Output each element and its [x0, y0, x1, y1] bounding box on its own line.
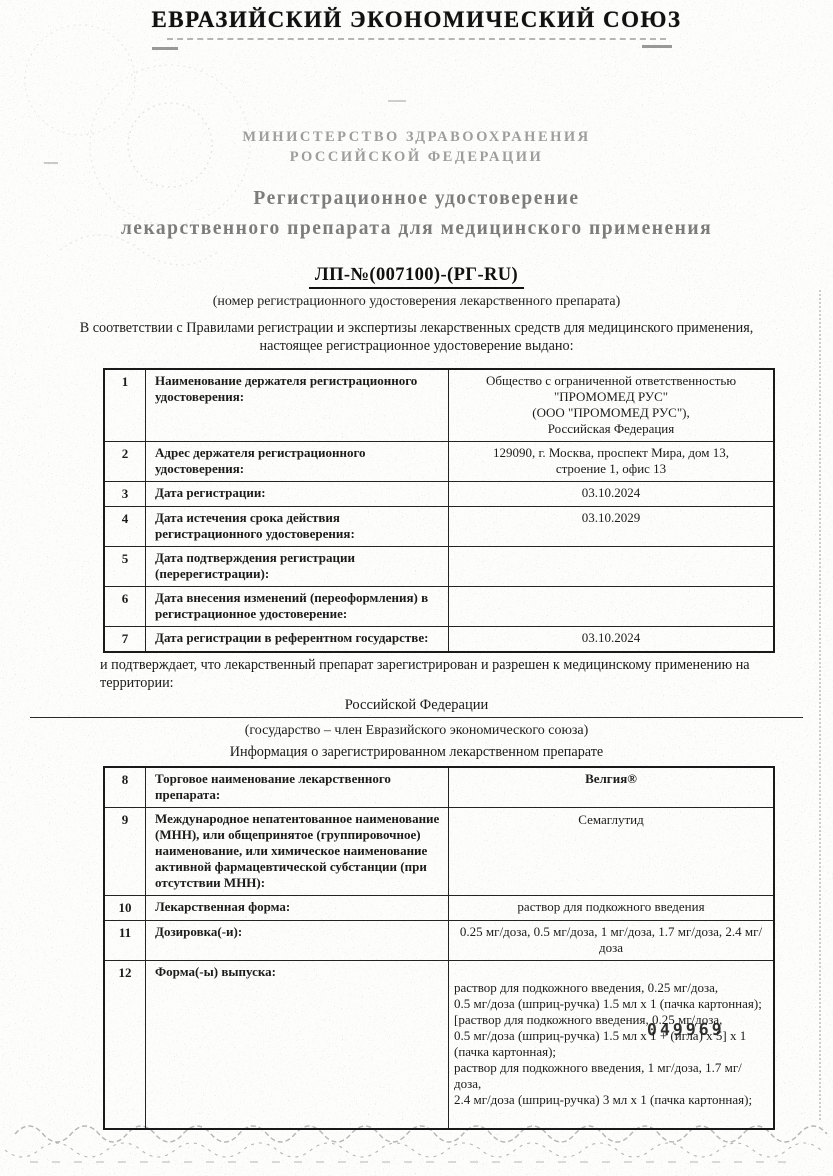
scan-edge-artifact [819, 290, 821, 1120]
row-value: 03.10.2024 [449, 482, 773, 506]
row-number: 1 [105, 370, 146, 441]
row-number: 10 [105, 896, 146, 920]
release-forms-text: раствор для подкожного введения, 0.25 мг… [454, 980, 762, 1107]
row-label: Дата регистрации: [146, 482, 449, 506]
row-label: Дата истечения срока действия регистраци… [146, 507, 449, 546]
ministry-heading: МИНИСТЕРСТВО ЗДРАВООХРАНЕНИЯ РОССИЙСКОЙ … [0, 128, 833, 167]
table-row: 11 Дозировка(-и): 0.25 мг/доза, 0.5 мг/д… [105, 920, 773, 960]
row-number: 3 [105, 482, 146, 506]
row-number: 8 [105, 768, 146, 807]
territory-caption: (государство – член Евразийского экономи… [0, 723, 833, 739]
certificate-page: ЕВРАЗИЙСКИЙ ЭКОНОМИЧЕСКИЙ СОЮЗ МИНИСТЕРС… [0, 0, 833, 1176]
table-row: 1 Наименование держателя регистрационног… [105, 370, 773, 441]
row-label: Дата подтверждения регистрации (перереги… [146, 547, 449, 586]
ministry-line-1: МИНИСТЕРСТВО ЗДРАВООХРАНЕНИЯ [0, 128, 833, 148]
document-title-line-1: Регистрационное удостоверение [0, 184, 833, 214]
row-number: 11 [105, 921, 146, 960]
row-value: Велгия® [449, 768, 773, 807]
territory-underline [30, 717, 803, 718]
row-label: Дата регистрации в референтном государст… [146, 627, 449, 651]
scan-artifact [44, 162, 58, 164]
table-row: 7 Дата регистрации в референтном государ… [105, 626, 773, 651]
table-row: 3 Дата регистрации: 03.10.2024 [105, 481, 773, 506]
territory-name: Российской Федерации [0, 697, 833, 714]
row-value [449, 547, 773, 586]
row-value: раствор для подкожного введения, 0.25 мг… [449, 961, 773, 1128]
confirmation-paragraph: и подтверждает, что лекарственный препар… [100, 657, 772, 693]
row-value: 0.25 мг/доза, 0.5 мг/доза, 1 мг/доза, 1.… [449, 921, 773, 960]
row-label: Международное непатентованное наименован… [146, 808, 449, 895]
row-number: 7 [105, 627, 146, 651]
row-value [449, 587, 773, 626]
scan-artifact [152, 47, 178, 50]
table-row: 2 Адрес держателя регистрационного удост… [105, 441, 773, 481]
row-label: Дата внесения изменений (переоформления)… [146, 587, 449, 626]
serial-number-stamp: 049969 [647, 1022, 725, 1039]
row-number: 6 [105, 587, 146, 626]
row-number: 5 [105, 547, 146, 586]
row-value: раствор для подкожного введения [449, 896, 773, 920]
table-row: 10 Лекарственная форма: раствор для подк… [105, 895, 773, 920]
document-title-line-2: лекарственного препарата для медицинског… [0, 214, 833, 244]
document-title: Регистрационное удостоверение лекарствен… [0, 184, 833, 244]
row-number: 12 [105, 961, 146, 1128]
ministry-line-2: РОССИЙСКОЙ ФЕДЕРАЦИИ [0, 148, 833, 168]
intro-paragraph: В соответствии с Правилами регистрации и… [67, 319, 767, 355]
table-row: 12 Форма(-ы) выпуска: раствор для подкож… [105, 960, 773, 1128]
row-value: 03.10.2029 [449, 507, 773, 546]
scan-artifact [642, 45, 672, 48]
row-label: Лекарственная форма: [146, 896, 449, 920]
row-value: Семаглутид [449, 808, 773, 895]
row-value: Общество с ограниченной ответственностью… [449, 370, 773, 441]
row-label: Дозировка(-и): [146, 921, 449, 960]
table-row: 6 Дата внесения изменений (переоформлени… [105, 586, 773, 626]
table-row: 5 Дата подтверждения регистрации (перере… [105, 546, 773, 586]
row-value: 03.10.2024 [449, 627, 773, 651]
row-label: Форма(-ы) выпуска: [146, 961, 449, 1128]
row-label: Наименование держателя регистрационного … [146, 370, 449, 441]
union-header: ЕВРАЗИЙСКИЙ ЭКОНОМИЧЕСКИЙ СОЮЗ [0, 0, 833, 33]
table-row: 8 Торговое наименование лекарственного п… [105, 768, 773, 807]
registration-number-block: ЛП-№(007100)-(РГ-RU) [0, 265, 833, 289]
row-number: 9 [105, 808, 146, 895]
table-row: 4 Дата истечения срока действия регистра… [105, 506, 773, 546]
registration-number: ЛП-№(007100)-(РГ-RU) [309, 265, 524, 289]
header-underline-artifact [167, 38, 667, 40]
product-table: 8 Торговое наименование лекарственного п… [103, 766, 775, 1130]
registration-number-caption: (номер регистрационного удостоверения ле… [0, 294, 833, 310]
row-value: 129090, г. Москва, проспект Мира, дом 13… [449, 442, 773, 481]
row-label: Адрес держателя регистрационного удостов… [146, 442, 449, 481]
row-number: 2 [105, 442, 146, 481]
table-row: 9 Международное непатентованное наименов… [105, 807, 773, 895]
row-number: 4 [105, 507, 146, 546]
scan-artifact [388, 100, 406, 102]
holder-table: 1 Наименование держателя регистрационног… [103, 368, 775, 653]
info-section-heading: Информация о зарегистрированном лекарств… [0, 744, 833, 761]
row-label: Торговое наименование лекарственного пре… [146, 768, 449, 807]
